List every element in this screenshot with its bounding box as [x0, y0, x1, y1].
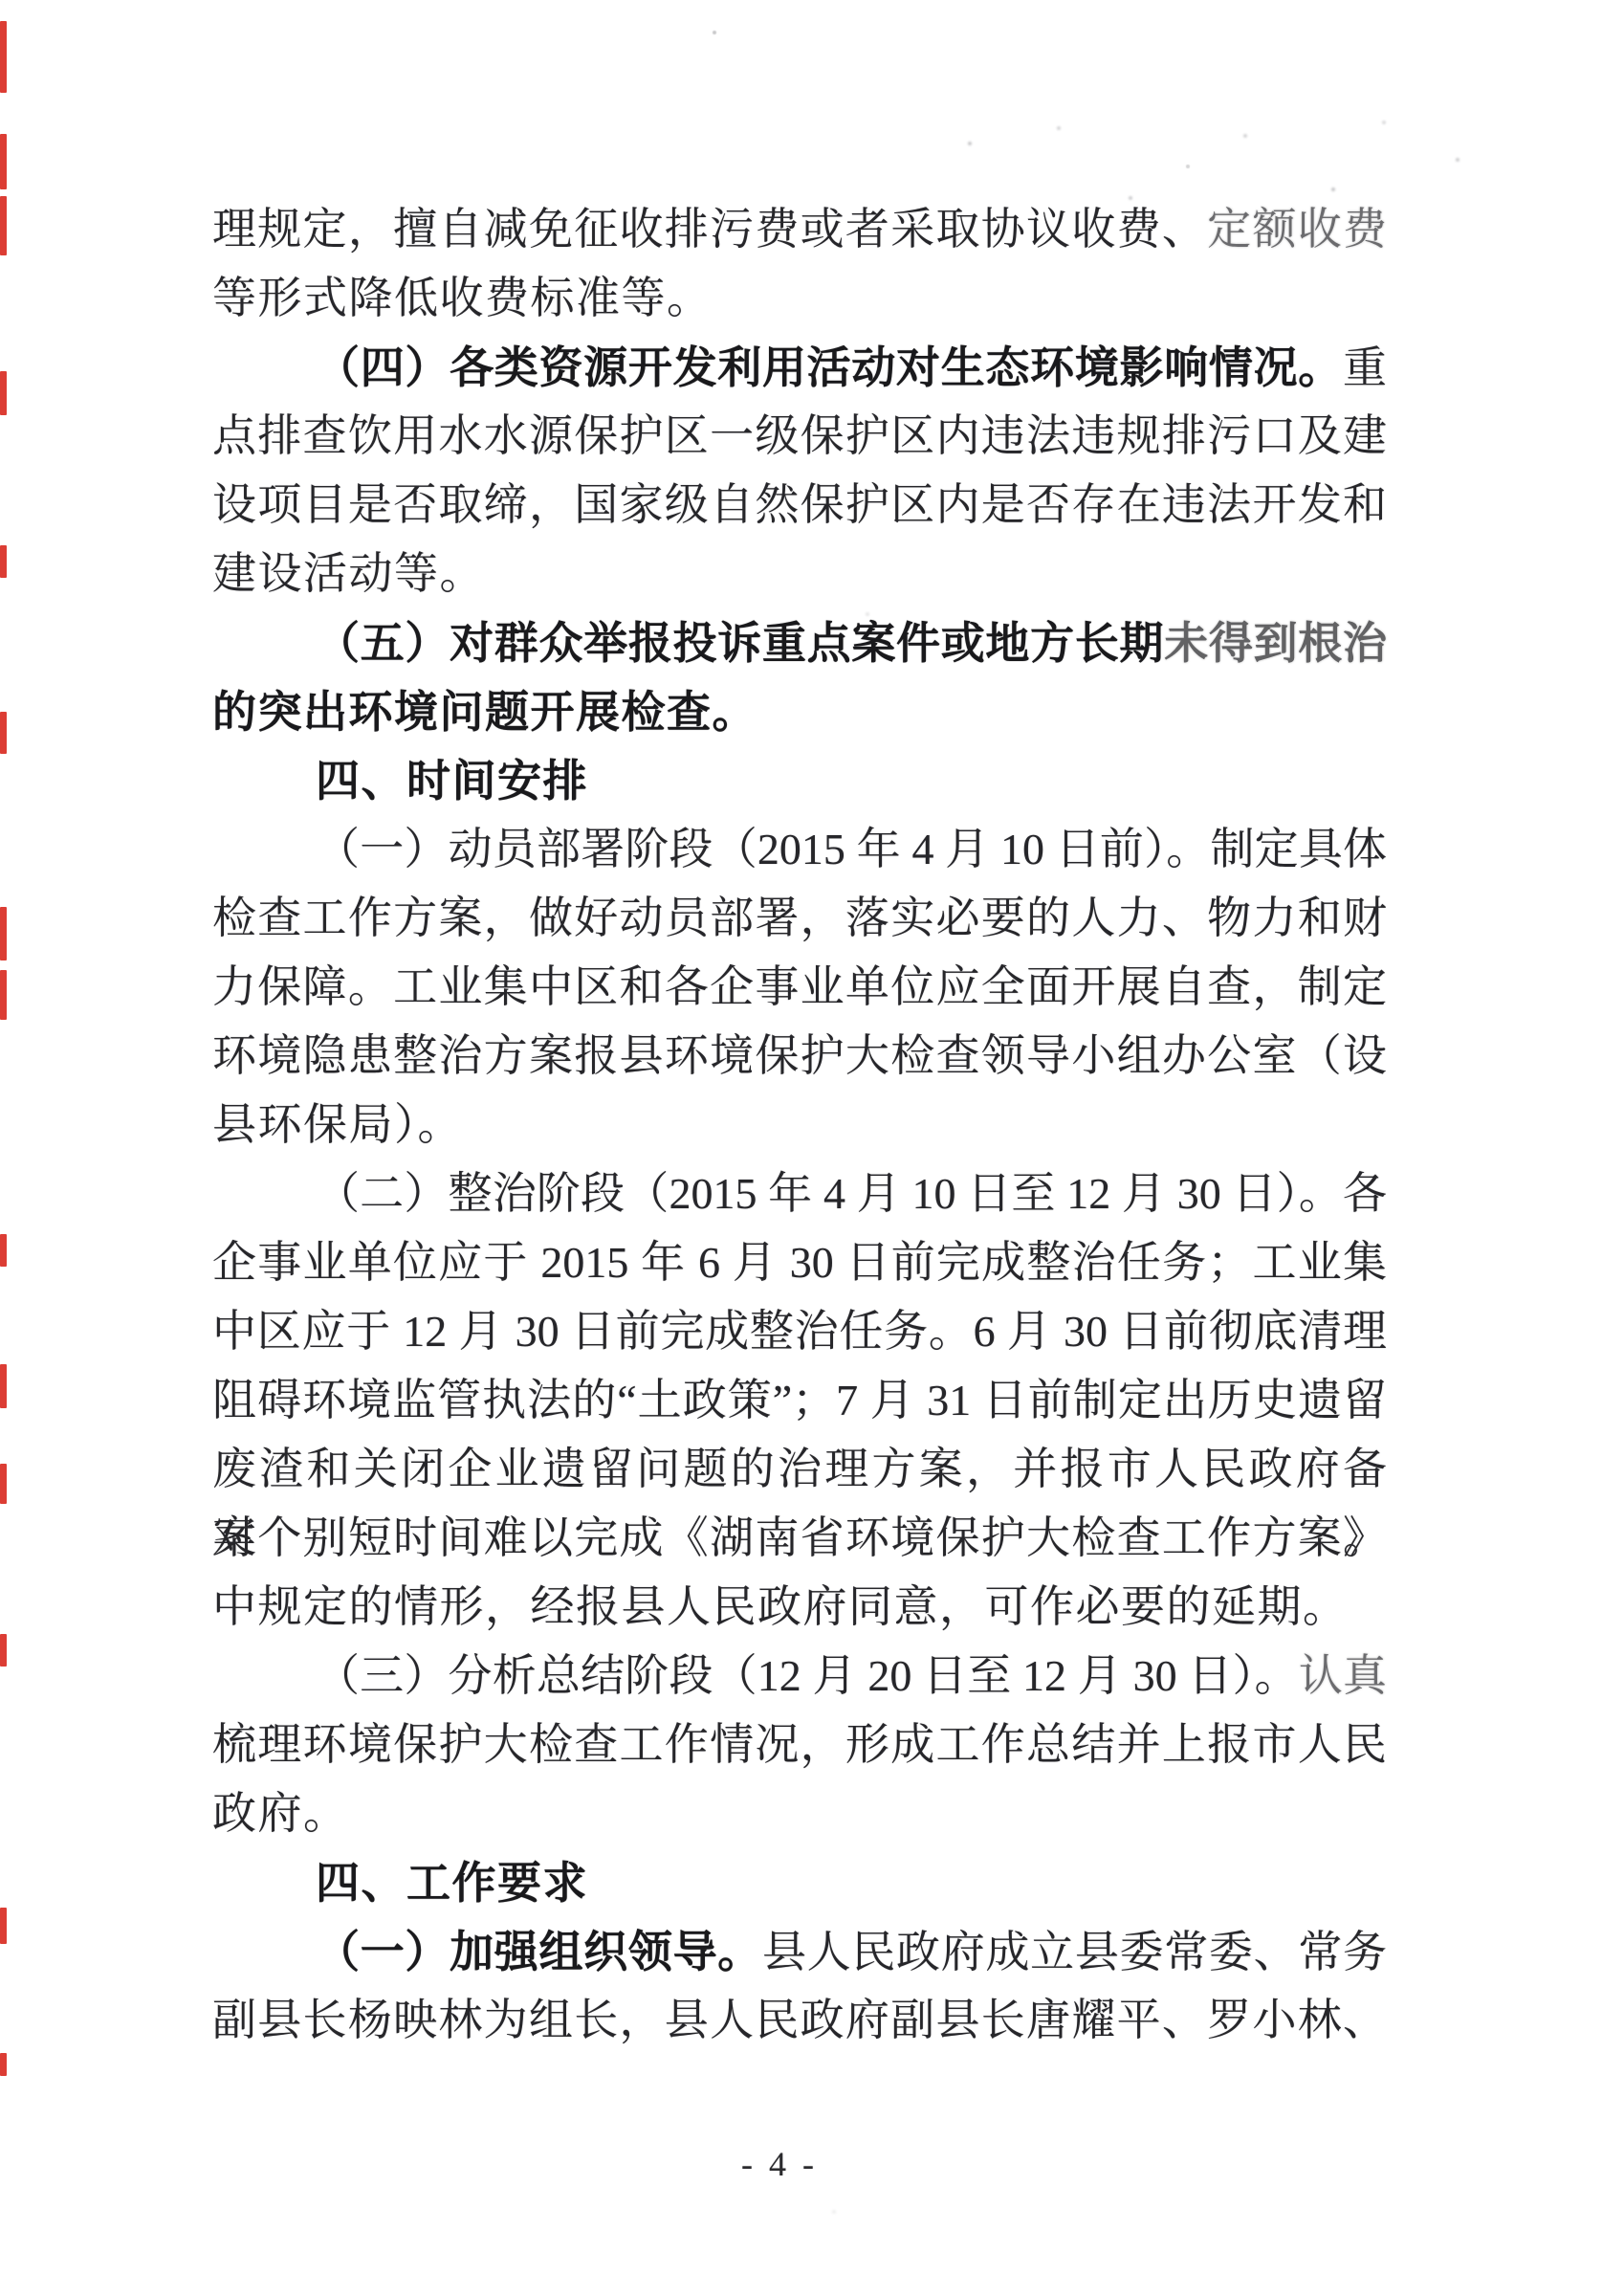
text-line: 中规定的情形，经报县人民政府同意，可作必要的延期。	[212, 1573, 1387, 1642]
red-edge-mark	[0, 712, 7, 754]
body-text: 力保障。工业集中区和各企事业单位应全面开展自查，制定	[212, 962, 1387, 1011]
body-text: 设项目是否取缔，国家级自然保护区内是否存在违法开发和	[212, 480, 1387, 529]
red-edge-mark	[0, 1234, 7, 1267]
red-edge-mark	[0, 1634, 7, 1667]
text-line: 检查工作方案，做好动员部署，落实必要的人力、物力和财	[212, 884, 1387, 953]
text-block: 理规定，擅自减免征收排污费或者采取协议收费、定额收费等形式降低收费标准等。（四）…	[212, 195, 1387, 2055]
text-line: 废渣和关闭企业遗留问题的治理方案，并报市人民政府备案。	[212, 1435, 1387, 1504]
text-line: （三）分析总结阶段（12 月 20 日至 12 月 30 日）。认真	[212, 1642, 1387, 1711]
text-line: 对个别短时间难以完成《湖南省环境保护大检查工作方案》	[212, 1504, 1387, 1573]
red-edge-mark	[0, 134, 7, 189]
text-line: （一）加强组织领导。县人民政府成立县委常委、常务	[212, 1917, 1387, 1986]
body-text: 企事业单位应于 2015 年 6 月 30 日前完成整治任务；工业集	[212, 1238, 1387, 1287]
red-edge-mark	[0, 371, 7, 415]
text-line: （二）整治阶段（2015 年 4 月 10 日至 12 月 30 日）。各	[212, 1159, 1387, 1228]
body-text: 建设活动等。	[212, 549, 485, 598]
text-line: 四、工作要求	[212, 1848, 1387, 1917]
text-line: 县环保局）。	[212, 1091, 1387, 1159]
bold-text: （五）对群众举报投诉重点案件或地方长期	[316, 618, 1164, 668]
body-text: 重	[1343, 343, 1387, 392]
page-number: - 4 -	[0, 2135, 1591, 2193]
body-text: 副县长杨映林为组长，县人民政府副县长唐耀平、罗小林、	[212, 1996, 1387, 2044]
text-line: 等形式降低收费标准等。	[212, 264, 1387, 333]
body-text: （二）整治阶段（2015 年 4 月 10 日至 12 月 30 日）。各	[316, 1169, 1387, 1218]
body-text: 环境隐患整治方案报县环境保护大检查领导小组办公室（设	[212, 1031, 1387, 1080]
bold-text: 的突出环境问题开展检查。	[212, 687, 757, 737]
body-text: （三）分析总结阶段（12 月 20 日至 12 月 30 日）。	[316, 1651, 1299, 1700]
red-edge-mark	[0, 1364, 7, 1408]
body-text: 检查工作方案，做好动员部署，落实必要的人力、物力和财	[212, 894, 1387, 942]
text-line: 副县长杨映林为组长，县人民政府副县长唐耀平、罗小林、	[212, 1986, 1387, 2055]
bold-text: 四、时间安排	[316, 756, 588, 806]
text-line: （五）对群众举报投诉重点案件或地方长期未得到根治	[212, 608, 1387, 677]
red-edge-mark	[0, 1464, 7, 1504]
text-line: 企事业单位应于 2015 年 6 月 30 日前完成整治任务；工业集	[212, 1228, 1387, 1297]
red-edge-mark	[0, 907, 7, 960]
body-text: （一）动员部署阶段（2015 年 4 月 10 日前）。制定具体	[316, 825, 1387, 873]
text-line: 的突出环境问题开展检查。	[212, 677, 1387, 746]
red-edge-mark	[0, 2053, 7, 2076]
body-text: 等形式降低收费标准等。	[212, 274, 713, 322]
body-text: 点排查饮用水水源保护区一级保护区内违法违规排污口及建	[212, 411, 1387, 460]
body-text: 县环保局）。	[212, 1100, 463, 1149]
body-text: 认真	[1299, 1651, 1387, 1700]
bold-text: （四）各类资源开发利用活动对生态环境影响情况。	[316, 342, 1343, 392]
scan-noise	[0, 0, 4, 4]
red-edge-mark	[0, 196, 7, 255]
bold-text: 四、工作要求	[316, 1858, 588, 1908]
body-text: 阻碍环境监管执法的“土政策”；7 月 31 日前制定出历史遗留	[212, 1376, 1387, 1424]
red-edge-mark	[0, 21, 7, 93]
text-line: 点排查饮用水水源保护区一级保护区内违法违规排污口及建	[212, 402, 1387, 471]
body-text: 定额收费	[1207, 205, 1387, 254]
red-edge-mark	[0, 545, 7, 578]
text-line: 力保障。工业集中区和各企事业单位应全面开展自查，制定	[212, 953, 1387, 1022]
body-text: 中规定的情形，经报县人民政府同意，可作必要的延期。	[212, 1582, 1349, 1631]
text-line: （四）各类资源开发利用活动对生态环境影响情况。重	[212, 333, 1387, 402]
text-line: 四、时间安排	[212, 746, 1387, 815]
text-line: 理规定，擅自减免征收排污费或者采取协议收费、定额收费	[212, 195, 1387, 264]
document-page: 理规定，擅自减免征收排污费或者采取协议收费、定额收费等形式降低收费标准等。（四）…	[0, 0, 1624, 2296]
text-line: 建设活动等。	[212, 540, 1387, 608]
body-text: 梳理环境保护大检查工作情况，形成工作总结并上报市人民	[212, 1720, 1387, 1769]
body-text: 理规定，擅自减免征收排污费或者采取协议收费、	[212, 205, 1207, 254]
text-line: 政府。	[212, 1779, 1387, 1848]
text-line: 环境隐患整治方案报县环境保护大检查领导小组办公室（设	[212, 1022, 1387, 1091]
bold-text: （一）加强组织领导。	[316, 1927, 762, 1976]
body-text: 政府。	[212, 1789, 349, 1838]
red-edge-mark	[0, 1908, 7, 1944]
bold-text: 未得到根治	[1164, 618, 1387, 668]
text-line: （一）动员部署阶段（2015 年 4 月 10 日前）。制定具体	[212, 815, 1387, 884]
text-line: 梳理环境保护大检查工作情况，形成工作总结并上报市人民	[212, 1711, 1387, 1779]
body-text: 对个别短时间难以完成《湖南省环境保护大检查工作方案》	[212, 1513, 1387, 1562]
text-line: 阻碍环境监管执法的“土政策”；7 月 31 日前制定出历史遗留	[212, 1366, 1387, 1435]
text-line: 设项目是否取缔，国家级自然保护区内是否存在违法开发和	[212, 471, 1387, 540]
body-text: 县人民政府成立县委常委、常务	[762, 1928, 1387, 1976]
body-text: 中区应于 12 月 30 日前完成整治任务。6 月 30 日前彻底清理	[212, 1307, 1387, 1356]
text-line: 中区应于 12 月 30 日前完成整治任务。6 月 30 日前彻底清理	[212, 1297, 1387, 1366]
red-edge-mark	[0, 970, 7, 1020]
